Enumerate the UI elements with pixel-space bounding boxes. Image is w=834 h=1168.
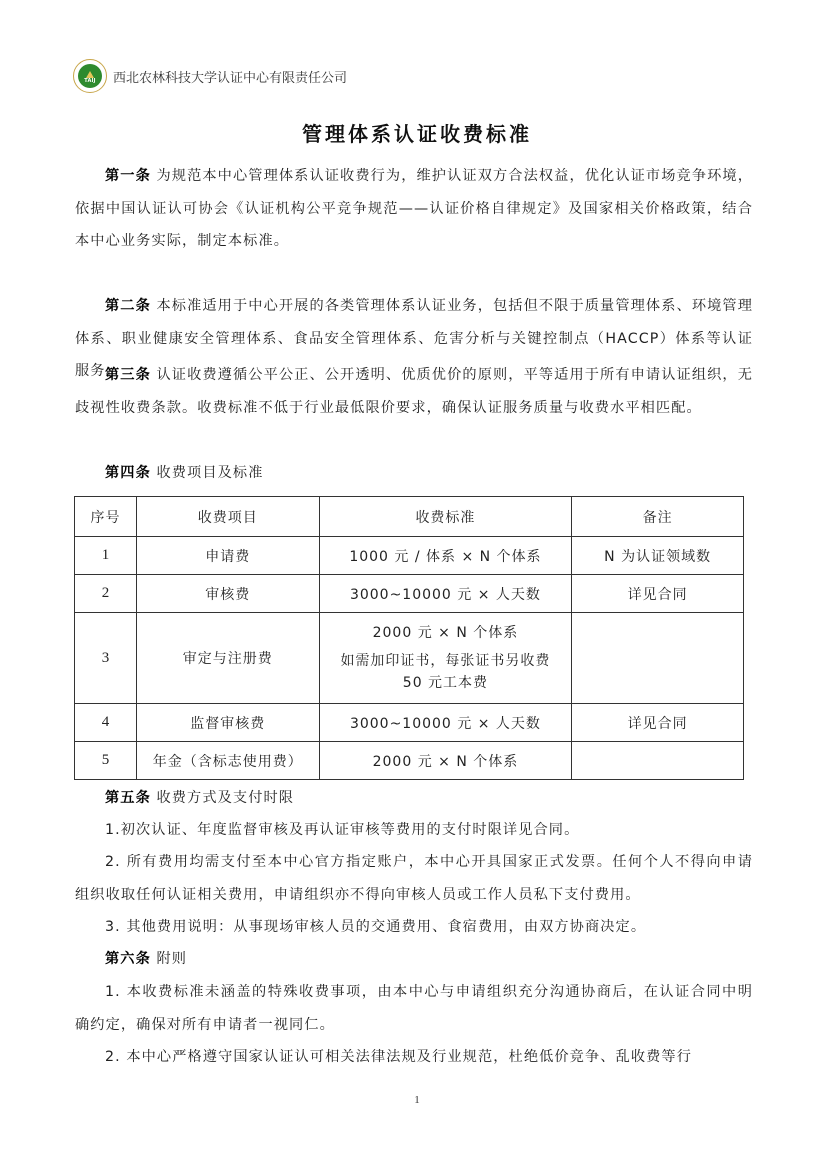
fee-note: 详见合同 (572, 575, 744, 613)
article-6: 第六条 附则 (75, 943, 753, 976)
article-label: 第六条 (105, 951, 151, 967)
table-row: 5 年金（含标志使用费） 2000 元 × N 个体系 (75, 742, 744, 780)
article-1: 第一条 为规范本中心管理体系认证收费行为，维护认证双方合法权益，优化认证市场竞争… (75, 160, 753, 258)
article-5: 第五条 收费方式及支付时限 (75, 782, 753, 815)
document-title: 管理体系认证收费标准 (0, 118, 834, 147)
logo-emblem: TAIJ (78, 64, 102, 88)
article-label: 第二条 (105, 298, 151, 314)
article-5-item-1: 1.初次认证、年度监督审核及再认证审核等费用的支付时限详见合同。 (75, 814, 753, 847)
row-number: 1 (75, 537, 137, 575)
article-label: 第三条 (105, 367, 151, 383)
fee-item: 年金（含标志使用费） (136, 742, 319, 780)
article-text: 认证收费遵循公平公正、公开透明、优质优价的原则，平等适用于所有申请认证组织，无歧… (75, 367, 753, 416)
fee-note: 详见合同 (572, 704, 744, 742)
company-logo-icon: TAIJ (73, 59, 107, 93)
column-header: 备注 (572, 497, 744, 537)
fee-item: 监督审核费 (136, 704, 319, 742)
row-number: 3 (75, 613, 137, 704)
article-text: 附则 (151, 951, 187, 967)
article-4: 第四条 收费项目及标准 (75, 457, 753, 490)
article-text: 收费方式及支付时限 (151, 790, 294, 806)
table-row: 4 监督审核费 3000~10000 元 × 人天数 详见合同 (75, 704, 744, 742)
row-number: 2 (75, 575, 137, 613)
page-number: 1 (0, 1094, 834, 1106)
table-row: 2 审核费 3000~10000 元 × 人天数 详见合同 (75, 575, 744, 613)
column-header: 序号 (75, 497, 137, 537)
fee-standard: 3000~10000 元 × 人天数 (319, 704, 572, 742)
column-header: 收费标准 (319, 497, 572, 537)
article-5-item-3: 3. 其他费用说明：从事现场审核人员的交通费用、食宿费用，由双方协商决定。 (75, 911, 753, 944)
article-label: 第一条 (105, 168, 151, 184)
table-row: 1 申请费 1000 元 / 体系 × N 个体系 N 为认证领域数 (75, 537, 744, 575)
company-name: 西北农林科技大学认证中心有限责任公司 (113, 67, 347, 86)
table-row: 3 审定与注册费 2000 元 × N 个体系 如需加印证书，每张证书另收费 5… (75, 613, 744, 704)
fee-standard: 3000~10000 元 × 人天数 (319, 575, 572, 613)
logo-text: TAIJ (84, 78, 95, 84)
article-label: 第四条 (105, 465, 151, 481)
fee-item: 审定与注册费 (136, 613, 319, 704)
fee-note (572, 613, 744, 704)
article-5-item-2: 2. 所有费用均需支付至本中心官方指定账户，本中心开具国家正式发票。任何个人不得… (75, 846, 753, 911)
document-header: TAIJ 西北农林科技大学认证中心有限责任公司 (73, 58, 347, 94)
article-3: 第三条 认证收费遵循公平公正、公开透明、优质优价的原则，平等适用于所有申请认证组… (75, 359, 753, 424)
fee-standard: 2000 元 × N 个体系 如需加印证书，每张证书另收费 50 元工本费 (319, 613, 572, 704)
fee-standard: 2000 元 × N 个体系 (319, 742, 572, 780)
fee-standard-line: 如需加印证书，每张证书另收费 (324, 650, 568, 672)
table-header-row: 序号 收费项目 收费标准 备注 (75, 497, 744, 537)
fee-standard-line: 50 元工本费 (324, 672, 568, 694)
fee-note: N 为认证领域数 (572, 537, 744, 575)
fee-table: 序号 收费项目 收费标准 备注 1 申请费 1000 元 / 体系 × N 个体… (74, 496, 744, 780)
fee-item: 申请费 (136, 537, 319, 575)
article-text: 为规范本中心管理体系认证收费行为，维护认证双方合法权益，优化认证市场竞争环境，依… (75, 168, 753, 249)
article-label: 第五条 (105, 790, 151, 806)
fee-standard-line: 2000 元 × N 个体系 (324, 622, 568, 644)
row-number: 4 (75, 704, 137, 742)
fee-standard: 1000 元 / 体系 × N 个体系 (319, 537, 572, 575)
plant-icon (86, 71, 94, 78)
column-header: 收费项目 (136, 497, 319, 537)
row-number: 5 (75, 742, 137, 780)
article-6-item-2: 2. 本中心严格遵守国家认证认可相关法律法规及行业规范，杜绝低价竞争、乱收费等行 (75, 1041, 753, 1074)
article-text: 收费项目及标准 (151, 465, 264, 481)
fee-note (572, 742, 744, 780)
fee-item: 审核费 (136, 575, 319, 613)
article-6-item-1: 1. 本收费标准未涵盖的特殊收费事项，由本中心与申请组织充分沟通协商后，在认证合… (75, 976, 753, 1041)
